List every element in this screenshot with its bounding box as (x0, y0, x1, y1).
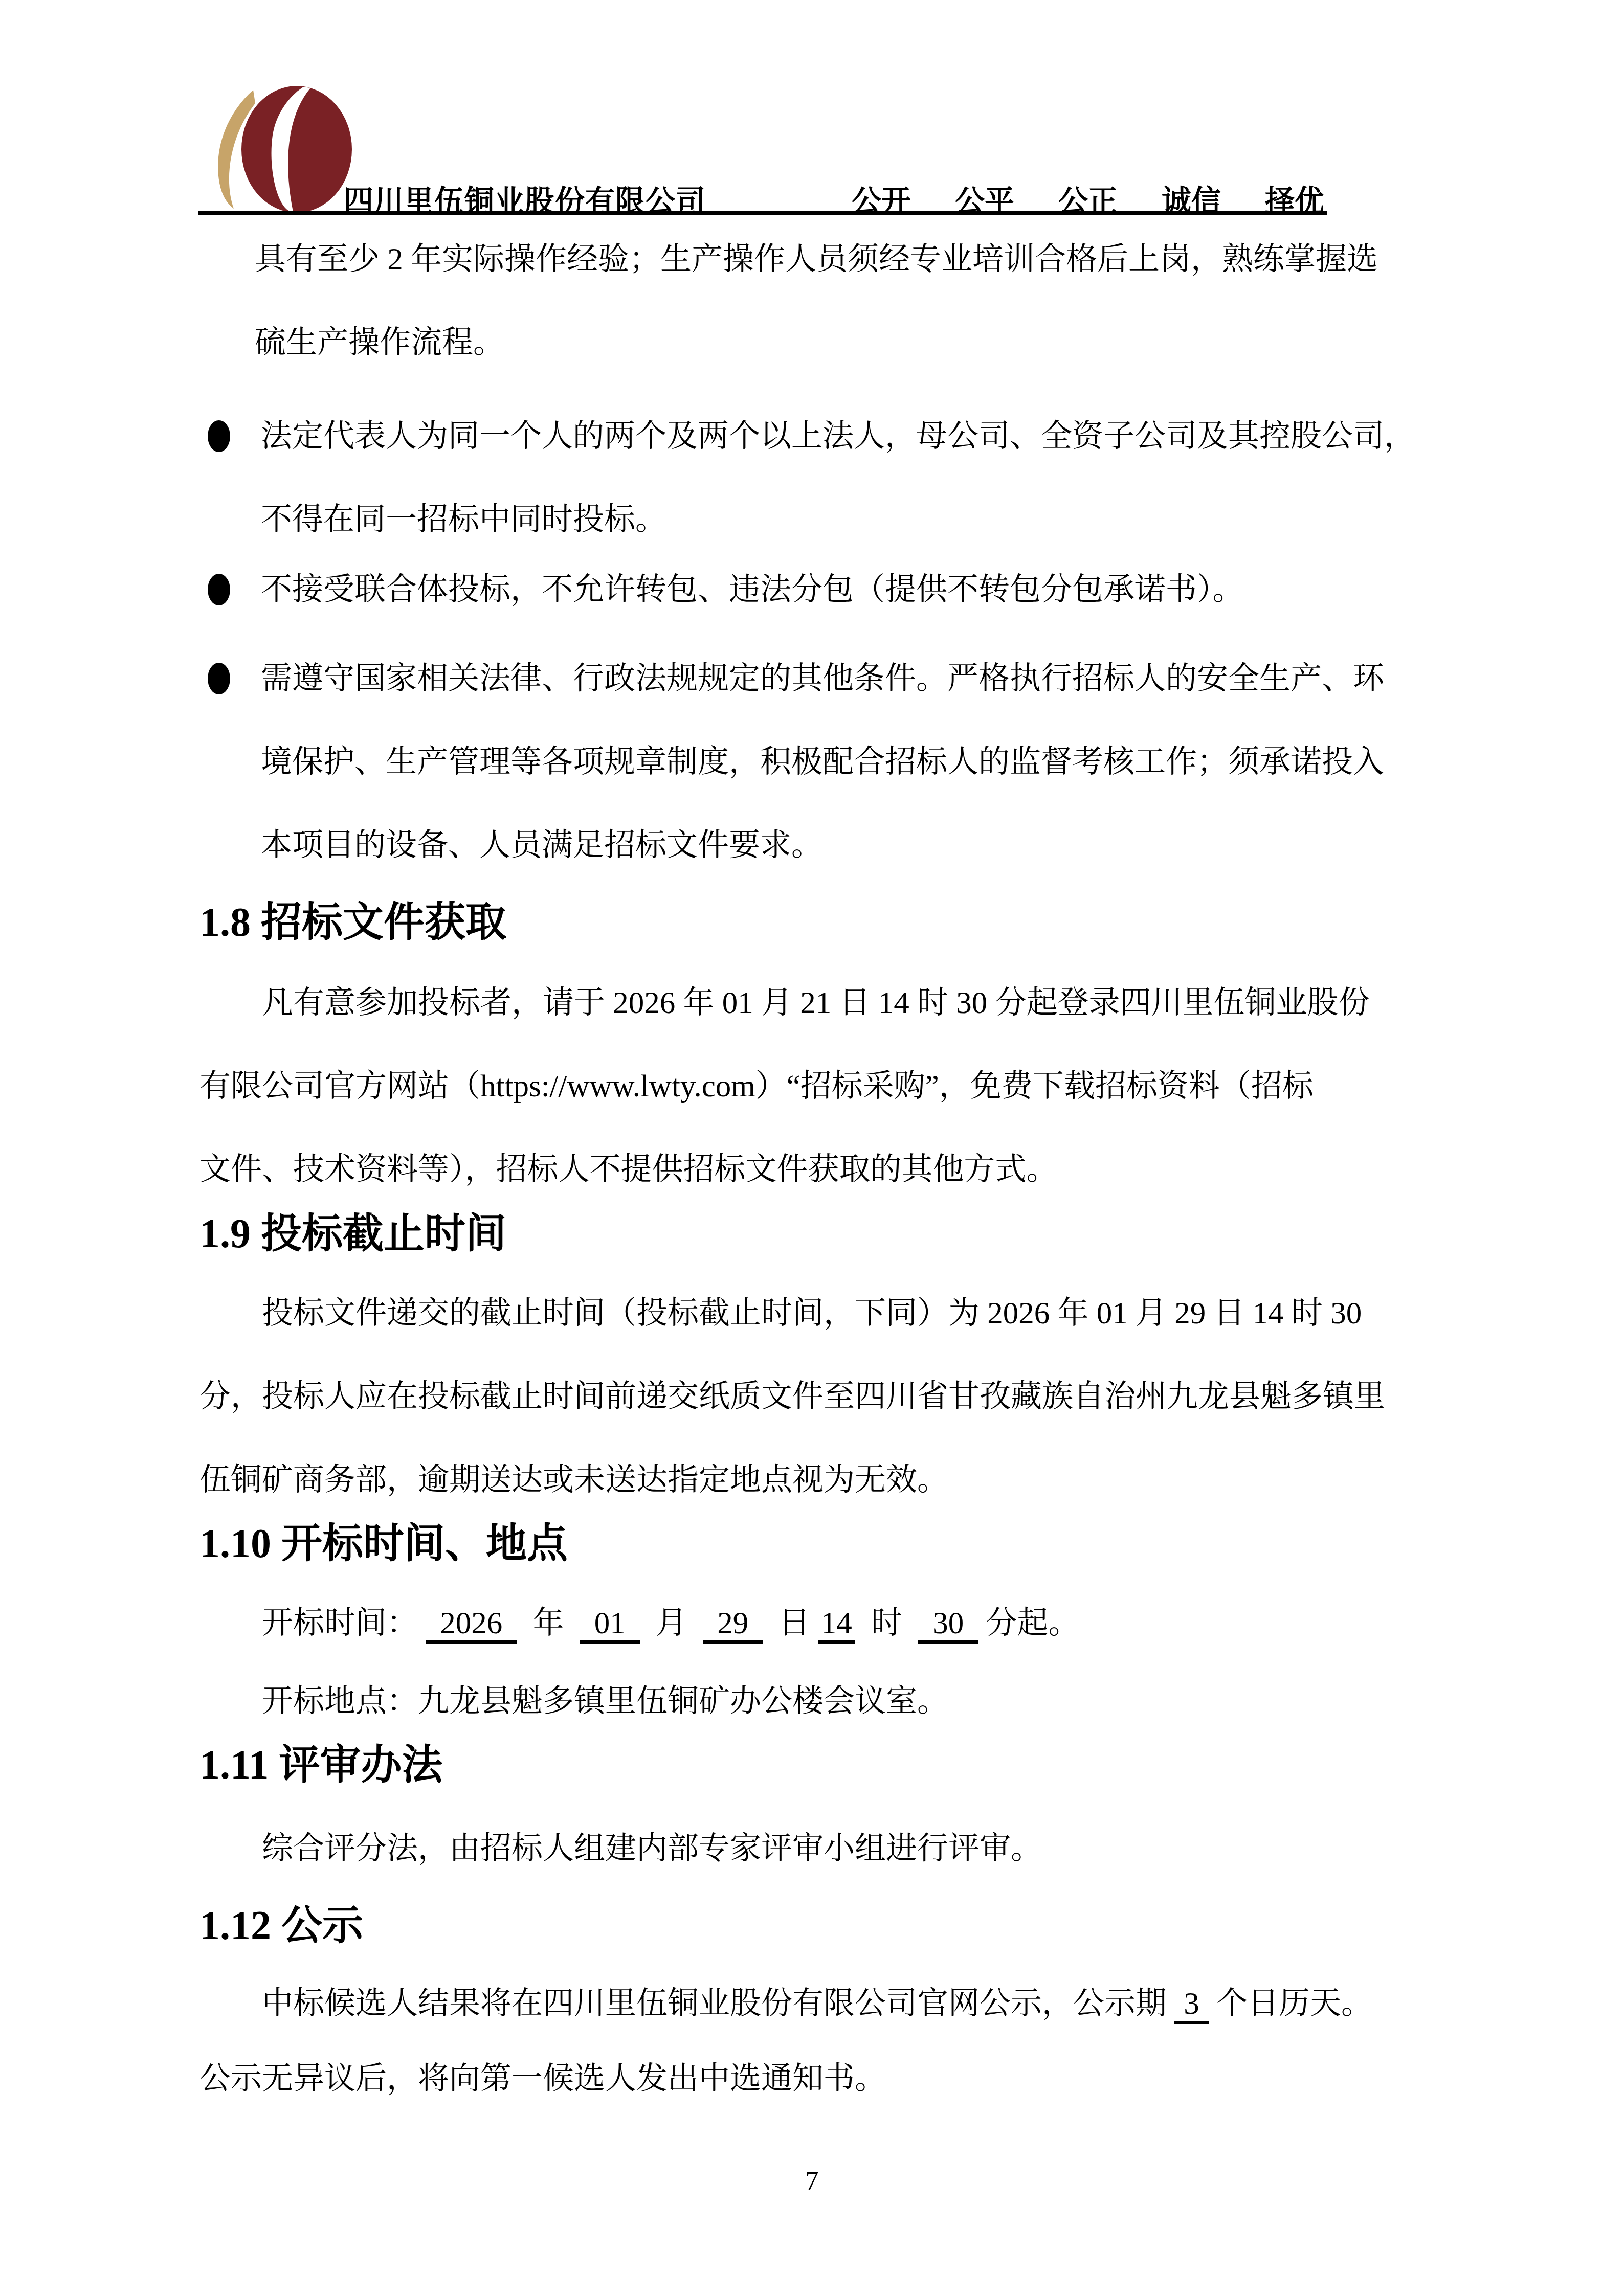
section-heading-1-10: 1.10 开标时间、地点 (199, 1513, 1458, 1574)
company-logo-icon (202, 83, 363, 216)
bullet-item: 法定代表人为同一个人的两个及两个以上法人，母公司、全资子公司及其控股公司， 不得… (199, 395, 1463, 561)
section-heading-1-11: 1.11 评审办法 (199, 1735, 1458, 1796)
open-time-suffix: 分起。 (986, 1606, 1080, 1640)
section-1-12-line1: 中标候选人结果将在四川里伍铜业股份有限公司官网公示，公示期 3 个日历天。 (199, 1962, 1458, 2045)
page-number: 7 (806, 2167, 819, 2196)
bullet-text: 需遵守国家相关法律、行政法规规定的其他条件。严格执行招标人的安全生产、环 境保护… (261, 637, 1463, 887)
publicity-prefix: 中标候选人结果将在四川里伍铜业股份有限公司官网公示，公示期 (262, 1987, 1167, 2021)
bullet-icon (208, 663, 230, 694)
section-heading-1-8: 1.8 招标文件获取 (199, 892, 1458, 953)
open-time-month-blank: 01 (580, 1606, 640, 1644)
bid-opening-time-line: 开标时间： 2026 年 01 月 29 日 14 时 30 分起。 (199, 1582, 1458, 1665)
bullet-text: 法定代表人为同一个人的两个及两个以上法人，母公司、全资子公司及其控股公司， 不得… (261, 395, 1463, 561)
section-heading-1-9: 1.9 投标截止时间 (199, 1203, 1458, 1265)
bullet-icon (208, 574, 230, 605)
section-1-12-line2: 公示无异议后，将向第一候选人发出中选通知书。 (199, 2037, 1458, 2121)
bullet-item: 不接受联合体投标，不允许转包、违法分包（提供不转包分包承诺书）。 (199, 548, 1463, 632)
bullet-text: 不接受联合体投标，不允许转包、违法分包（提供不转包分包承诺书）。 (261, 548, 1463, 632)
bullet-icon (208, 420, 230, 452)
bid-opening-place-line: 开标地点：九龙县魁多镇里伍铜矿办公楼会议室。 (199, 1660, 1458, 1743)
open-time-month-unit: 月 (656, 1606, 687, 1640)
open-time-hour-unit: 时 (871, 1606, 902, 1640)
open-time-year-unit: 年 (533, 1606, 564, 1640)
bullet-item: 需遵守国家相关法律、行政法规规定的其他条件。严格执行招标人的安全生产、环 境保护… (199, 637, 1463, 887)
section-1-8-paragraph: 凡有意参加投标者，请于 2026 年 01 月 21 日 14 时 30 分起登… (199, 961, 1458, 1211)
page-footer: 7 (0, 2166, 1624, 2197)
open-time-year-blank: 2026 (426, 1606, 517, 1644)
header-divider (198, 211, 1327, 215)
publicity-days-blank: 3 (1174, 1987, 1209, 2024)
open-time-day-unit: 日 (779, 1606, 810, 1640)
open-time-label: 开标时间： (262, 1606, 418, 1640)
section-1-9-paragraph: 投标文件递交的截止时间（投标截止时间，下同）为 2026 年 01 月 29 日… (199, 1272, 1458, 1522)
publicity-suffix: 个日历天。 (1216, 1987, 1372, 2021)
section-heading-1-12: 1.12 公示 (199, 1895, 1458, 1956)
open-time-day-blank: 29 (703, 1606, 763, 1644)
paragraph-continuation: 具有至少 2 年实际操作经验；生产操作人员须经专业培训合格后上岗，熟练掌握选 硫… (255, 218, 1458, 385)
section-1-11-paragraph: 综合评分法，由招标人组建内部专家评审小组进行评审。 (199, 1807, 1458, 1890)
document-page: 四川里伍铜业股份有限公司 公开 公平 公正 诚信 择优 具有至少 2 年实际操作… (0, 0, 1624, 2296)
open-time-minute-blank: 30 (918, 1606, 978, 1644)
page-background: { "header": { "company": "四川里伍铜业股份有限公司",… (0, 0, 1624, 2296)
open-time-hour-blank: 14 (818, 1606, 855, 1644)
